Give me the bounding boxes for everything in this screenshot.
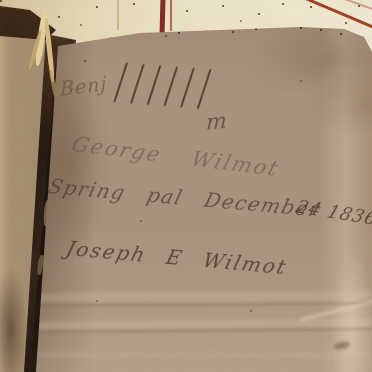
tally-marks: |||||| — [110, 58, 225, 111]
table-speck-dots — [0, 0, 2, 2]
ink-smudge — [333, 340, 350, 350]
inscription-joseph-wilmot: Joseph E Wilmot — [64, 236, 291, 279]
inscription-place-date: Spring pal December — [46, 174, 324, 221]
inscription-benj: Benj — [60, 73, 107, 101]
inscription-year: 24 1836 — [293, 197, 372, 230]
red-stripe-line-faint — [117, 0, 119, 30]
photo-old-book-flyleaf: Benj |||||| m George Wilmot Spring pal D… — [0, 0, 372, 372]
red-stripe-line-thin — [170, 0, 172, 31]
inscription-monogram: m — [206, 109, 228, 136]
inscription-george-wilmot: George Wilmot — [69, 132, 283, 181]
page-crease — [36, 291, 372, 302]
page-crease-shadow — [36, 302, 372, 307]
red-stripe-diagonal-faint — [333, 0, 372, 18]
red-stripe-line — [160, 0, 166, 34]
page-crease — [36, 352, 372, 358]
